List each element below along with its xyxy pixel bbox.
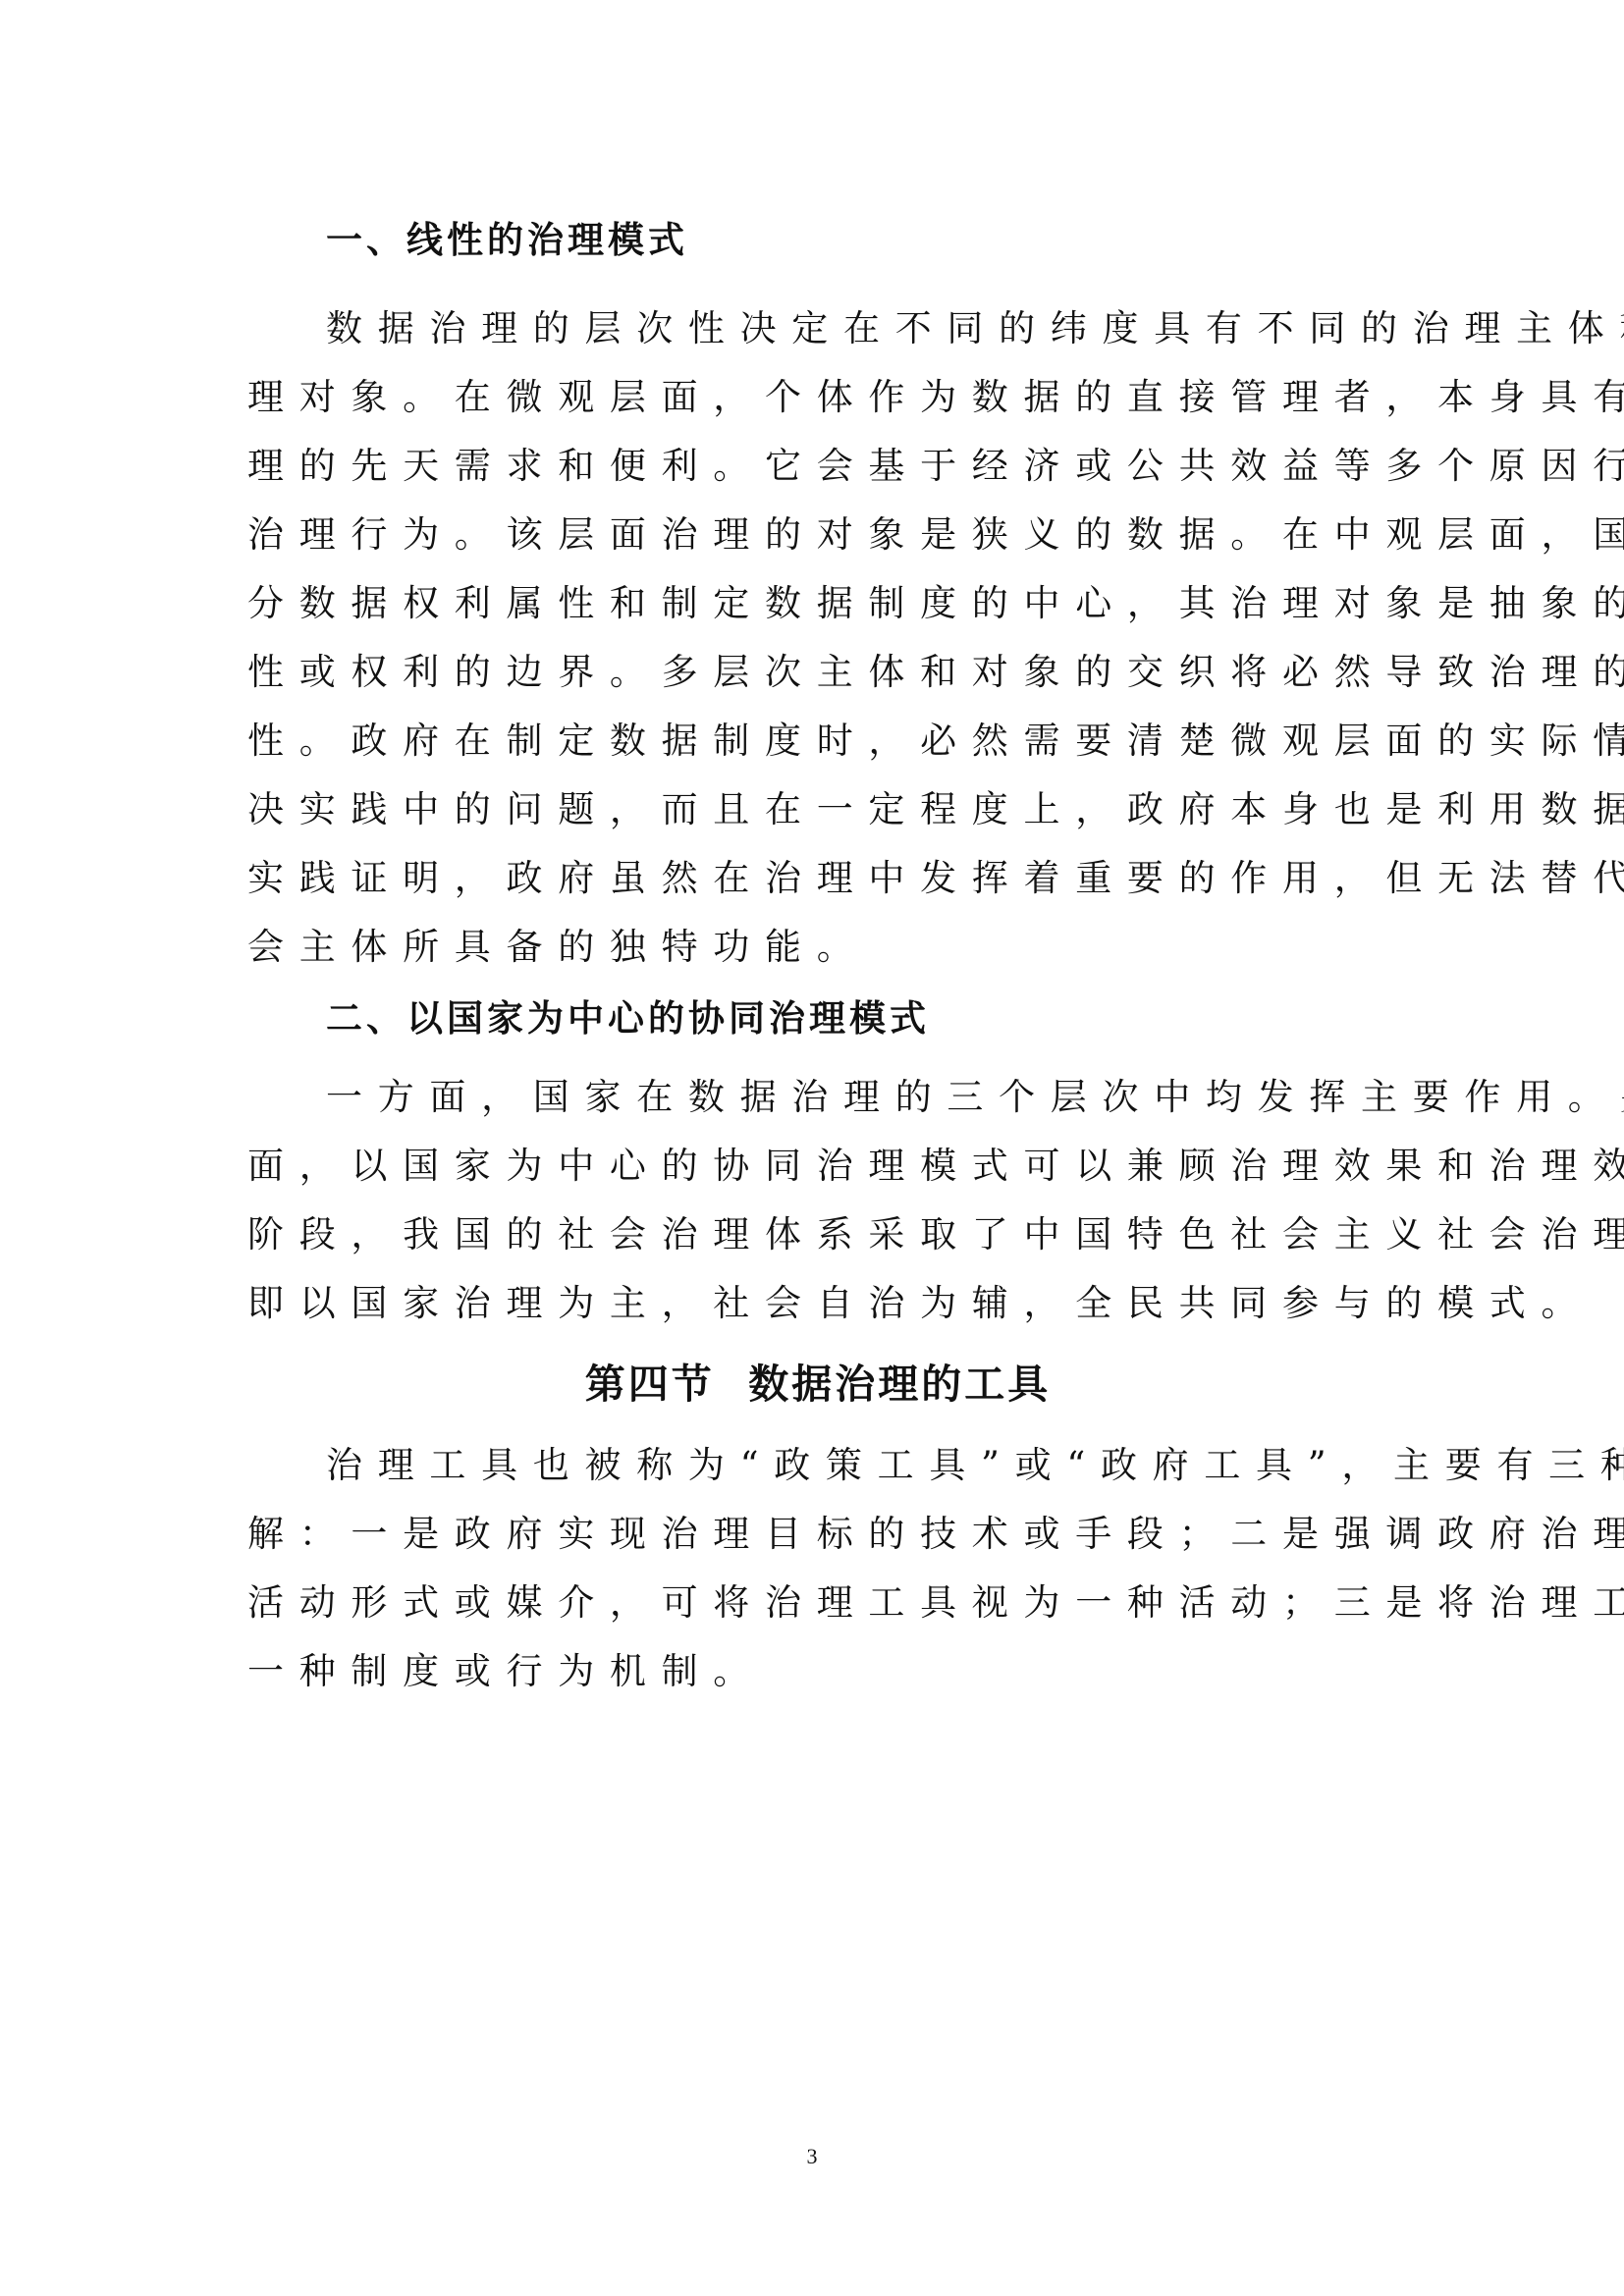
paragraph-line: 性。政府在制定数据制度时，必然需要清楚微观层面的实际情况，解 <box>247 707 1388 775</box>
paragraph-line: 一种制度或行为机制。 <box>247 1637 1388 1706</box>
paragraph-line: 阶段，我国的社会治理体系采取了中国特色社会主义社会治理体制， <box>247 1201 1388 1269</box>
page-number: 3 <box>0 2144 1624 2169</box>
paragraph-line: 治理工具也被称为“政策工具”或“政府工具”，主要有三种理 <box>247 1431 1388 1500</box>
paragraph-line: 性或权利的边界。多层次主体和对象的交织将必然导致治理的复杂 <box>247 638 1388 707</box>
paragraph-line: 数据治理的层次性决定在不同的纬度具有不同的治理主体和治 <box>247 294 1388 363</box>
paragraph-line: 解：一是政府实现治理目标的技术或手段；二是强调政府治理工具的 <box>247 1500 1388 1569</box>
section-title: 第四节 数据治理的工具 <box>247 1345 1388 1423</box>
paragraph-line: 会主体所具备的独特功能。 <box>247 913 1388 982</box>
paragraph-line: 一方面，国家在数据治理的三个层次中均发挥主要作用。另一方 <box>247 1063 1388 1132</box>
paragraph-line: 治理行为。该层面治理的对象是狭义的数据。在中观层面，国家是划 <box>247 501 1388 569</box>
heading-state-centered-governance: 二、以国家为中心的协同治理模式 <box>326 985 930 1053</box>
paragraph-line: 面，以国家为中心的协同治理模式可以兼顾治理效果和治理效率。现 <box>247 1132 1388 1201</box>
paragraph-line: 决实践中的问题，而且在一定程度上，政府本身也是利用数据的个体。 <box>247 775 1388 844</box>
paragraph-line: 分数据权利属性和制定数据制度的中心，其治理对象是抽象的数据属 <box>247 569 1388 638</box>
paragraph-line: 理对象。在微观层面，个体作为数据的直接管理者，本身具有数据治 <box>247 363 1388 432</box>
paragraph-line: 理的先天需求和便利。它会基于经济或公共效益等多个原因行使数据 <box>247 432 1388 501</box>
paragraph-line: 活动形式或媒介，可将治理工具视为一种活动；三是将治理工具视为 <box>247 1569 1388 1637</box>
paragraph-line: 即以国家治理为主，社会自治为辅，全民共同参与的模式。 <box>247 1269 1388 1338</box>
document-page: 一、线性的治理模式 数据治理的层次性决定在不同的纬度具有不同的治理主体和治 理对… <box>0 0 1624 2296</box>
paragraph-line: 实践证明，政府虽然在治理中发挥着重要的作用，但无法替代其他社 <box>247 844 1388 913</box>
heading-linear-governance: 一、线性的治理模式 <box>326 206 688 275</box>
